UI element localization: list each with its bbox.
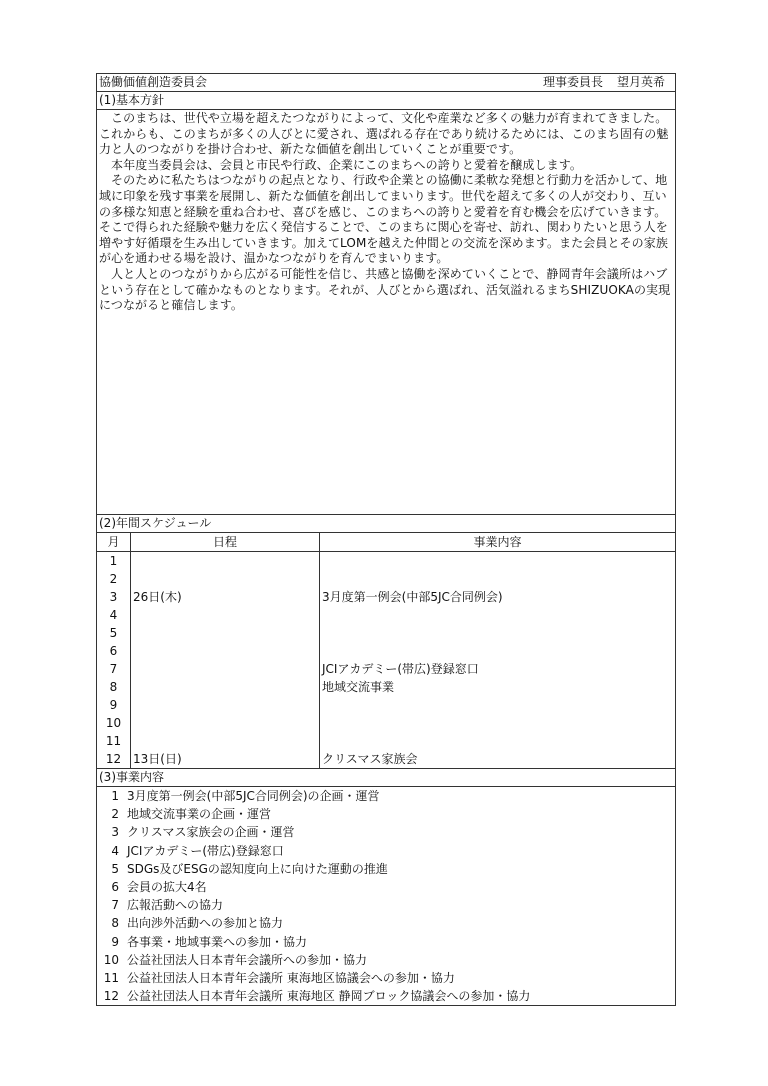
schedule-row: 9 xyxy=(97,696,675,714)
item-text: SDGs及びESGの認知度向上に向けた運動の推進 xyxy=(127,860,675,878)
item-text: 各事業・地域事業への参加・協力 xyxy=(127,933,675,951)
section-title-policy: (1)基本方針 xyxy=(97,92,675,110)
content-cell: 地域交流事業 xyxy=(320,678,676,696)
month-cell: 5 xyxy=(97,624,131,642)
item-number: 5 xyxy=(97,860,127,878)
schedule-table: 月 日程 事業内容 1 2 326日(木)3月度第一例会(中部5JC合同例会) … xyxy=(97,533,675,769)
list-item: 11公益社団法人日本青年会議所 東海地区協議会への参加・協力 xyxy=(97,969,675,987)
month-cell: 6 xyxy=(97,642,131,660)
policy-paragraph: そのために私たちはつながりの起点となり、行政や企業との協働に柔軟な発想と行動力を… xyxy=(99,173,673,267)
month-cell: 7 xyxy=(97,660,131,678)
month-cell: 1 xyxy=(97,552,131,571)
list-item: 13月度第一例会(中部5JC合同例会)の企画・運営 xyxy=(97,787,675,805)
policy-body: このまちは、世代や立場を超えたつながりによって、文化や産業など多くの魅力が育まれ… xyxy=(97,110,675,515)
schedule-row: 8地域交流事業 xyxy=(97,678,675,696)
col-content: 事業内容 xyxy=(320,533,676,552)
schedule-row: 5 xyxy=(97,624,675,642)
date-cell xyxy=(131,732,320,750)
item-number: 11 xyxy=(97,969,127,987)
schedule-row: 1213日(日)クリスマス家族会 xyxy=(97,750,675,769)
item-number: 1 xyxy=(97,787,127,805)
list-item: 5SDGs及びESGの認知度向上に向けた運動の推進 xyxy=(97,860,675,878)
schedule-row: 11 xyxy=(97,732,675,750)
activities-list: 13月度第一例会(中部5JC合同例会)の企画・運営 2地域交流事業の企画・運営 … xyxy=(97,787,675,1005)
item-number: 9 xyxy=(97,933,127,951)
item-text: クリスマス家族会の企画・運営 xyxy=(127,823,675,841)
list-item: 12公益社団法人日本青年会議所 東海地区 静岡ブロック協議会への参加・協力 xyxy=(97,987,675,1005)
list-item: 2地域交流事業の企画・運営 xyxy=(97,805,675,823)
date-cell: 26日(木) xyxy=(131,588,320,606)
item-number: 2 xyxy=(97,805,127,823)
plan-sheet: 協働価値創造委員会 理事委員長望月英希 (1)基本方針 このまちは、世代や立場を… xyxy=(96,73,676,1006)
date-cell xyxy=(131,570,320,588)
section-title-activities: (3)事業内容 xyxy=(97,769,675,787)
content-cell xyxy=(320,570,676,588)
item-text: 公益社団法人日本青年会議所 東海地区 静岡ブロック協議会への参加・協力 xyxy=(127,987,675,1005)
content-cell xyxy=(320,696,676,714)
item-text: 地域交流事業の企画・運営 xyxy=(127,805,675,823)
month-cell: 9 xyxy=(97,696,131,714)
item-number: 8 xyxy=(97,914,127,932)
item-number: 3 xyxy=(97,823,127,841)
section-title-schedule: (2)年間スケジュール xyxy=(97,515,675,533)
item-text: 会員の拡大4名 xyxy=(127,878,675,896)
date-cell xyxy=(131,660,320,678)
item-number: 12 xyxy=(97,987,127,1005)
chair-name: 望月英希 xyxy=(617,75,665,89)
content-cell xyxy=(320,642,676,660)
schedule-row: 4 xyxy=(97,606,675,624)
schedule-header-row: 月 日程 事業内容 xyxy=(97,533,675,552)
content-cell: 3月度第一例会(中部5JC合同例会) xyxy=(320,588,676,606)
col-month: 月 xyxy=(97,533,131,552)
month-cell: 8 xyxy=(97,678,131,696)
content-cell xyxy=(320,732,676,750)
content-cell: クリスマス家族会 xyxy=(320,750,676,769)
list-item: 4JCIアカデミー(帯広)登録窓口 xyxy=(97,842,675,860)
list-item: 7広報活動への協力 xyxy=(97,896,675,914)
month-cell: 10 xyxy=(97,714,131,732)
schedule-row: 1 xyxy=(97,552,675,571)
date-cell xyxy=(131,606,320,624)
content-cell xyxy=(320,624,676,642)
item-text: 公益社団法人日本青年会議所への参加・協力 xyxy=(127,951,675,969)
item-text: 公益社団法人日本青年会議所 東海地区協議会への参加・協力 xyxy=(127,969,675,987)
list-item: 8出向渉外活動への参加と協力 xyxy=(97,914,675,932)
date-cell xyxy=(131,552,320,571)
policy-paragraph: 本年度当委員会は、会員と市民や行政、企業にこのまちへの誇りと愛着を醸成します。 xyxy=(99,158,673,174)
date-cell: 13日(日) xyxy=(131,750,320,769)
month-cell: 2 xyxy=(97,570,131,588)
list-item: 10公益社団法人日本青年会議所への参加・協力 xyxy=(97,951,675,969)
list-item: 6会員の拡大4名 xyxy=(97,878,675,896)
policy-paragraph: このまちは、世代や立場を超えたつながりによって、文化や産業など多くの魅力が育まれ… xyxy=(99,111,673,158)
item-text: 広報活動への協力 xyxy=(127,896,675,914)
schedule-row: 6 xyxy=(97,642,675,660)
date-cell xyxy=(131,624,320,642)
schedule-row: 326日(木)3月度第一例会(中部5JC合同例会) xyxy=(97,588,675,606)
schedule-row: 2 xyxy=(97,570,675,588)
title-row: 協働価値創造委員会 理事委員長望月英希 xyxy=(97,74,675,92)
item-number: 7 xyxy=(97,896,127,914)
chair-role: 理事委員長 xyxy=(543,75,603,89)
col-date: 日程 xyxy=(131,533,320,552)
date-cell xyxy=(131,678,320,696)
item-number: 4 xyxy=(97,842,127,860)
item-number: 10 xyxy=(97,951,127,969)
month-cell: 4 xyxy=(97,606,131,624)
date-cell xyxy=(131,714,320,732)
item-number: 6 xyxy=(97,878,127,896)
month-cell: 11 xyxy=(97,732,131,750)
content-cell xyxy=(320,552,676,571)
content-cell: JCIアカデミー(帯広)登録窓口 xyxy=(320,660,676,678)
month-cell: 3 xyxy=(97,588,131,606)
committee-name: 協働価値創造委員会 xyxy=(99,74,207,91)
chair-info: 理事委員長望月英希 xyxy=(543,74,673,91)
item-text: JCIアカデミー(帯広)登録窓口 xyxy=(127,842,675,860)
schedule-row: 7JCIアカデミー(帯広)登録窓口 xyxy=(97,660,675,678)
item-text: 出向渉外活動への参加と協力 xyxy=(127,914,675,932)
date-cell xyxy=(131,642,320,660)
content-cell xyxy=(320,606,676,624)
item-text: 3月度第一例会(中部5JC合同例会)の企画・運営 xyxy=(127,787,675,805)
date-cell xyxy=(131,696,320,714)
schedule-row: 10 xyxy=(97,714,675,732)
month-cell: 12 xyxy=(97,750,131,769)
content-cell xyxy=(320,714,676,732)
list-item: 9各事業・地域事業への参加・協力 xyxy=(97,933,675,951)
list-item: 3クリスマス家族会の企画・運営 xyxy=(97,823,675,841)
policy-paragraph: 人と人とのつながりから広がる可能性を信じ、共感と協働を深めていくことで、静岡青年… xyxy=(99,267,673,314)
